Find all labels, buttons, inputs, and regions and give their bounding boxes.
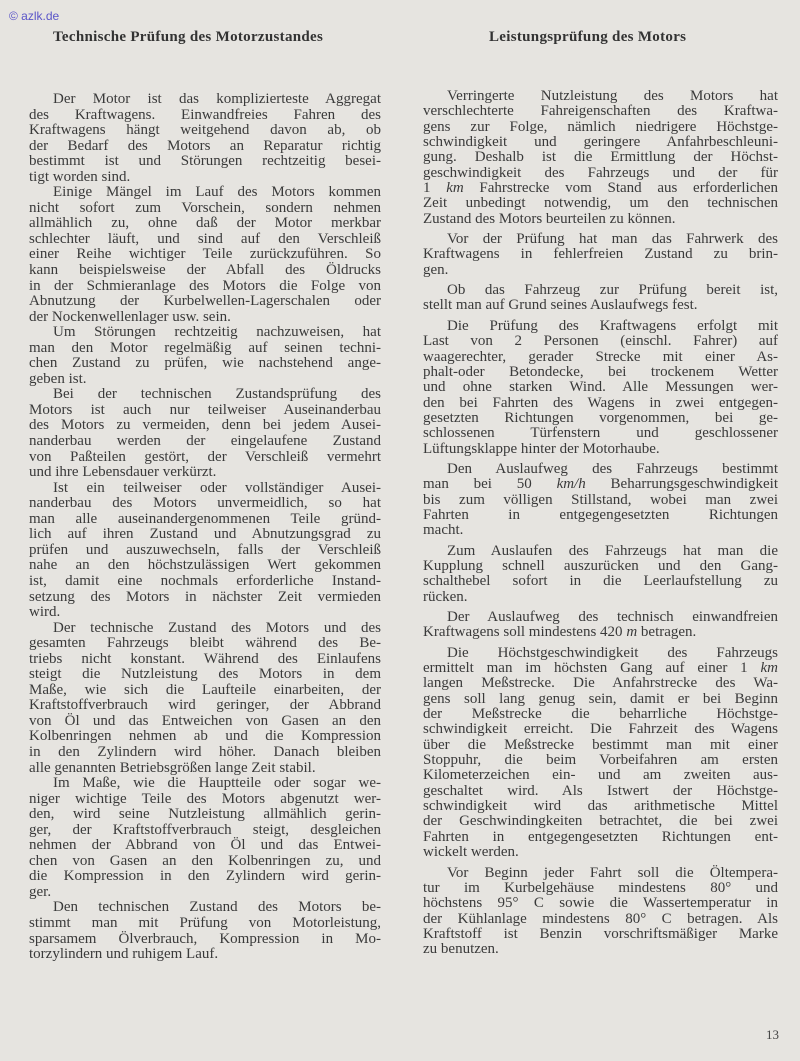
paragraph: Zum Auslaufen des Fahrzeugs hat man dieK…	[423, 544, 778, 605]
text-line: ger, der Kraftstoffverbrauch steigt, des…	[29, 823, 381, 839]
text-line: geschwindigkeit des Fahrzeugs und der fü…	[423, 166, 778, 181]
text-line: Kilometerzeichen ein- und am zweiten aus…	[423, 768, 778, 783]
text-line: chen Zustand zu prüfen, wie nachstehend …	[29, 356, 381, 372]
text-line: nanderbau des Motors unvermeidlich, so h…	[29, 496, 381, 512]
text-line: schwindigkeit erreicht. Die Fahrzeit des…	[423, 722, 778, 737]
paragraph: Den technischen Zustand des Motors be-st…	[29, 900, 381, 962]
watermark: © azlk.de	[9, 9, 59, 23]
text-line: nicht sofort zum Vorschein, sondern nehm…	[29, 201, 381, 217]
paragraph: Den Auslaufweg des Fahrzeugs bestimmtman…	[423, 462, 778, 539]
text-line: der Meßstrecke die beharrliche Höchstge-	[423, 707, 778, 722]
text-line: Abnutzung der Kurbelwellen-Lagerschalen …	[29, 294, 381, 310]
text-line: gen.	[423, 263, 778, 278]
text-line: alle genannten Betriebsgrößen lange Zeit…	[29, 761, 381, 777]
text-line: Kraftwagens hängt weitgehend davon ab, o…	[29, 123, 381, 139]
text-line: einer Reihe wichtiger Teile zurückzuführ…	[29, 247, 381, 263]
text-line: Der Motor ist das komplizierteste Aggreg…	[29, 92, 381, 108]
text-line: von Paßteilen gestört, der Verschleiß ve…	[29, 450, 381, 466]
text-line: den bei Fahrten des Wagens in zwei entge…	[423, 396, 778, 411]
text-line: Ist ein teilweiser oder vollständiger Au…	[29, 481, 381, 497]
text-line: ger.	[29, 885, 381, 901]
text-line: Zeit unbedingt notwendig, um den technis…	[423, 196, 778, 211]
text-line: Lüftungsklappe hinter der Motorhaube.	[423, 442, 778, 457]
paragraph: Verringerte Nutzleistung des Motors hatv…	[423, 89, 778, 227]
text-line: nahe an den höchstzulässigen Wert gekomm…	[29, 558, 381, 574]
text-line: Der technische Zustand des Motors und de…	[29, 621, 381, 637]
text-line: chen von Gasen an den Kolbenringen zu, u…	[29, 854, 381, 870]
text-line: und ohne starken Wind. Alle Messungen we…	[423, 380, 778, 395]
paragraph: Die Höchstgeschwindigkeit des Fahrzeugse…	[423, 646, 778, 861]
text-line: geben ist.	[29, 372, 381, 388]
page-number: 13	[766, 1027, 779, 1043]
text-line: Last von 2 Personen (einschl. Fahrer) au…	[423, 334, 778, 349]
text-line: Der Auslaufweg des technisch einwandfrei…	[423, 610, 778, 625]
text-line: Den technischen Zustand des Motors be-	[29, 900, 381, 916]
text-line: steigt die Nutzleistung des Motors in de…	[29, 667, 381, 683]
text-line: den, wird seine Nutzleistung allmählich …	[29, 807, 381, 823]
text-line: lich auf ihren Zustand und Abnutzungsgra…	[29, 527, 381, 543]
right-column: Verringerte Nutzleistung des Motors hatv…	[423, 89, 778, 958]
text-line: Zum Auslaufen des Fahrzeugs hat man die	[423, 544, 778, 559]
text-line: bis zum völligen Stillstand, wobei man z…	[423, 493, 778, 508]
text-line: der Bedarf des Motors an Reparatur richt…	[29, 139, 381, 155]
text-line: Kupplung schnell auszurücken und den Gan…	[423, 559, 778, 574]
paragraph: Einige Mängel im Lauf des Motors kommenn…	[29, 185, 381, 325]
text-line: schlossenen Türfenstern und geschlossene…	[423, 426, 778, 441]
text-line: zu benutzen.	[423, 942, 778, 957]
paragraph: Im Maße, wie die Hauptteile oder sogar w…	[29, 776, 381, 900]
text-line: Fahrten in entgegengesetzten Richtungen …	[423, 830, 778, 845]
paragraph: Vor Beginn jeder Fahrt soll die Öltemper…	[423, 866, 778, 958]
text-line: Motors ist auch nur teilweiser Auseinand…	[29, 403, 381, 419]
text-line: geschaltet wird. Als Istwert der Höchstg…	[423, 784, 778, 799]
paragraph: Die Prüfung des Kraftwagens erfolgt mitL…	[423, 319, 778, 457]
text-line: tur im Kurbelgehäuse mindestens 80° und	[423, 881, 778, 896]
text-line: wickelt werden.	[423, 845, 778, 860]
paragraph: Der Motor ist das komplizierteste Aggreg…	[29, 92, 381, 185]
text-line: man den Motor regelmäßig auf seinen tech…	[29, 341, 381, 357]
text-line: macht.	[423, 523, 778, 538]
text-line: des Motors zu vermeiden, denn bei jedem …	[29, 418, 381, 434]
text-line: gens soll lang genug sein, damit er bei …	[423, 692, 778, 707]
text-line: Stoppuhr, die beim Vorbeifahren am erste…	[423, 753, 778, 768]
text-line: nanderbau werden der eingelaufene Zustan…	[29, 434, 381, 450]
text-line: schalthebel sofort in die Leerlaufstellu…	[423, 574, 778, 589]
text-line: in den Zylindern wird höher. Danach blei…	[29, 745, 381, 761]
paragraph: Bei der technischen Zustandsprüfung desM…	[29, 387, 381, 480]
text-line: sparsamem Ölverbrauch, Kompression in Mo…	[29, 932, 381, 948]
text-line: Vor Beginn jeder Fahrt soll die Öltemper…	[423, 866, 778, 881]
text-line: man bei 50 km/h Beharrungsgeschwindigkei…	[423, 477, 778, 492]
paragraph: Ob das Fahrzeug zur Prüfung bereit ist,s…	[423, 283, 778, 314]
text-line: ermittelt man im höchsten Gang auf einer…	[423, 661, 778, 676]
text-line: Kraftwagens soll mindestens 420 m betrag…	[423, 625, 778, 640]
text-line: allmählich zu, ohne daß der Motor merkba…	[29, 216, 381, 232]
text-line: Den Auslaufweg des Fahrzeugs bestimmt	[423, 462, 778, 477]
text-line: 1 km Fahrstrecke vom Stand aus erforderl…	[423, 181, 778, 196]
text-line: Die Prüfung des Kraftwagens erfolgt mit	[423, 319, 778, 334]
text-line: nehmen der Abbrand von Öl und das Entwei…	[29, 838, 381, 854]
text-line: der Nockenwellenlager usw. sein.	[29, 310, 381, 326]
text-line: Im Maße, wie die Hauptteile oder sogar w…	[29, 776, 381, 792]
page-heading-left: Technische Prüfung des Motorzustandes	[53, 29, 323, 46]
text-line: Einige Mängel im Lauf des Motors kommen	[29, 185, 381, 201]
text-line: langen Meßstrecke. Die Anfahrstrecke des…	[423, 676, 778, 691]
text-line: Fahrten in entgegengesetzten Richtungen	[423, 508, 778, 523]
text-line: man alle auseinandergenommenen Teile grü…	[29, 512, 381, 528]
text-line: ist, damit eine nochmals erforderliche I…	[29, 574, 381, 590]
text-line: torzylindern und ruhigem Lauf.	[29, 947, 381, 963]
text-line: gesamten Fahrzeugs bleibt während des Be…	[29, 636, 381, 652]
text-line: kann beispielsweise der Abfall des Öldru…	[29, 263, 381, 279]
text-line: Kraftstoffverbrauch wird geringer, der A…	[29, 698, 381, 714]
text-line: tigt worden sind.	[29, 170, 381, 186]
text-line: setzung des Motors in nächster Zeit verm…	[29, 590, 381, 606]
text-line: gung. Deshalb ist die Ermittlung der Höc…	[423, 150, 778, 165]
text-line: waagerechter, gerader Strecke mit einer …	[423, 350, 778, 365]
text-line: Vor der Prüfung hat man das Fahrwerk des	[423, 232, 778, 247]
text-line: Maße, wie sich die Laufteile einarbeiten…	[29, 683, 381, 699]
text-line: Zustand des Motors beurteilen zu können.	[423, 212, 778, 227]
paragraph: Der Auslaufweg des technisch einwandfrei…	[423, 610, 778, 641]
text-line: prüfen und auszuwechseln, falls der Vers…	[29, 543, 381, 559]
text-line: niger wichtige Teile des Motors abgenutz…	[29, 792, 381, 808]
text-line: phalt-oder Betondecke, bei trockenem Wet…	[423, 365, 778, 380]
text-line: gens zur Folge, nämlich niedrigere Höchs…	[423, 120, 778, 135]
text-line: wird.	[29, 605, 381, 621]
text-line: verschlechterte Fahreigenschaften des Kr…	[423, 104, 778, 119]
text-line: Kraftwagens in fehlerfreien Zustand zu b…	[423, 247, 778, 262]
page-heading-right: Leistungsprüfung des Motors	[489, 29, 686, 46]
text-line: Kolbenringen nehmen ab und die Kompressi…	[29, 729, 381, 745]
text-line: stellt man auf Grund seines Auslaufwegs …	[423, 298, 778, 313]
text-line: die Kompression in den Zylindern wird ge…	[29, 869, 381, 885]
paragraph: Der technische Zustand des Motors und de…	[29, 621, 381, 776]
left-column: Der Motor ist das komplizierteste Aggreg…	[29, 92, 381, 963]
text-line: in der Schmieranlage des Motors die Folg…	[29, 279, 381, 295]
text-line: von Öl und das Entweichen von Gasen an d…	[29, 714, 381, 730]
text-line: rücken.	[423, 590, 778, 605]
text-line: über die Meßstrecke bestimmt man mit ein…	[423, 738, 778, 753]
text-line: der Geschwindingkeiten betrachtet, die b…	[423, 814, 778, 829]
text-line: schwindigkeit und geringere Anfahrbeschl…	[423, 135, 778, 150]
text-line: des Kraftwagens. Einwandfreies Fahren de…	[29, 108, 381, 124]
text-line: schlechter läuft, und sind auf den Versc…	[29, 232, 381, 248]
text-line: der Kühlanlage mindestens 80° C betragen…	[423, 912, 778, 927]
text-line: triebs nicht konstant. Während des Einla…	[29, 652, 381, 668]
text-line: gesetzten Richtungen vorgenommen, bei ge…	[423, 411, 778, 426]
text-line: Die Höchstgeschwindigkeit des Fahrzeugs	[423, 646, 778, 661]
text-line: Ob das Fahrzeug zur Prüfung bereit ist,	[423, 283, 778, 298]
text-line: stimmt man mit Prüfung von Motorleistung…	[29, 916, 381, 932]
paragraph: Um Störungen rechtzeitig nachzuweisen, h…	[29, 325, 381, 387]
text-line: höchstens 95° C sowie die Wassertemperat…	[423, 896, 778, 911]
text-line: Um Störungen rechtzeitig nachzuweisen, h…	[29, 325, 381, 341]
text-line: Bei der technischen Zustandsprüfung des	[29, 387, 381, 403]
text-line: Kraftstoff ist Benzin vorschriftsmäßiger…	[423, 927, 778, 942]
paragraph: Vor der Prüfung hat man das Fahrwerk des…	[423, 232, 778, 278]
paragraph: Ist ein teilweiser oder vollständiger Au…	[29, 481, 381, 621]
text-line: Verringerte Nutzleistung des Motors hat	[423, 89, 778, 104]
text-line: und ihre Lebensdauer verkürzt.	[29, 465, 381, 481]
text-line: bestimmt ist und Störungen rechtzeitig b…	[29, 154, 381, 170]
text-line: schwindigkeit wird das arithmetische Mit…	[423, 799, 778, 814]
